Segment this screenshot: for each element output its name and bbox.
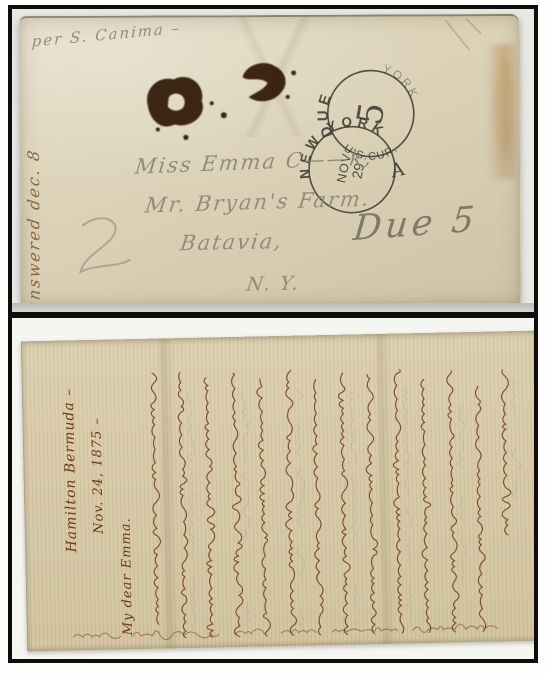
- photo-frame: per S. Canima – answered dec. 8: [8, 5, 538, 663]
- edge-stain: [483, 44, 516, 179]
- ship-endorsement: per S. Canima –: [31, 19, 181, 51]
- answered-docket: answered dec. 8: [24, 92, 44, 312]
- address-line-town: Batavia,: [179, 229, 285, 255]
- due-5-manuscript: Due 5: [351, 200, 479, 250]
- letter-page: Hamilton Bermuda –Nov. 24, 1875 –My dear…: [21, 331, 534, 652]
- scan-page: per S. Canima – answered dec. 8: [0, 0, 546, 673]
- letter-panel: Hamilton Bermuda –Nov. 24, 1875 –My dear…: [12, 318, 534, 659]
- envelope: per S. Canima – answered dec. 8: [19, 14, 520, 308]
- svg-text:A: A: [387, 158, 406, 183]
- address-line-state: N. Y.: [245, 272, 302, 295]
- svg-text:YORK: YORK: [381, 63, 420, 101]
- letter-text-block: Hamilton Bermuda –Nov. 24, 1875 –My dear…: [57, 347, 529, 641]
- letter-scrawl-line: [489, 347, 522, 632]
- pencil-flourish: [68, 214, 140, 286]
- envelope-panel: per S. Canima – answered dec. 8: [12, 9, 534, 312]
